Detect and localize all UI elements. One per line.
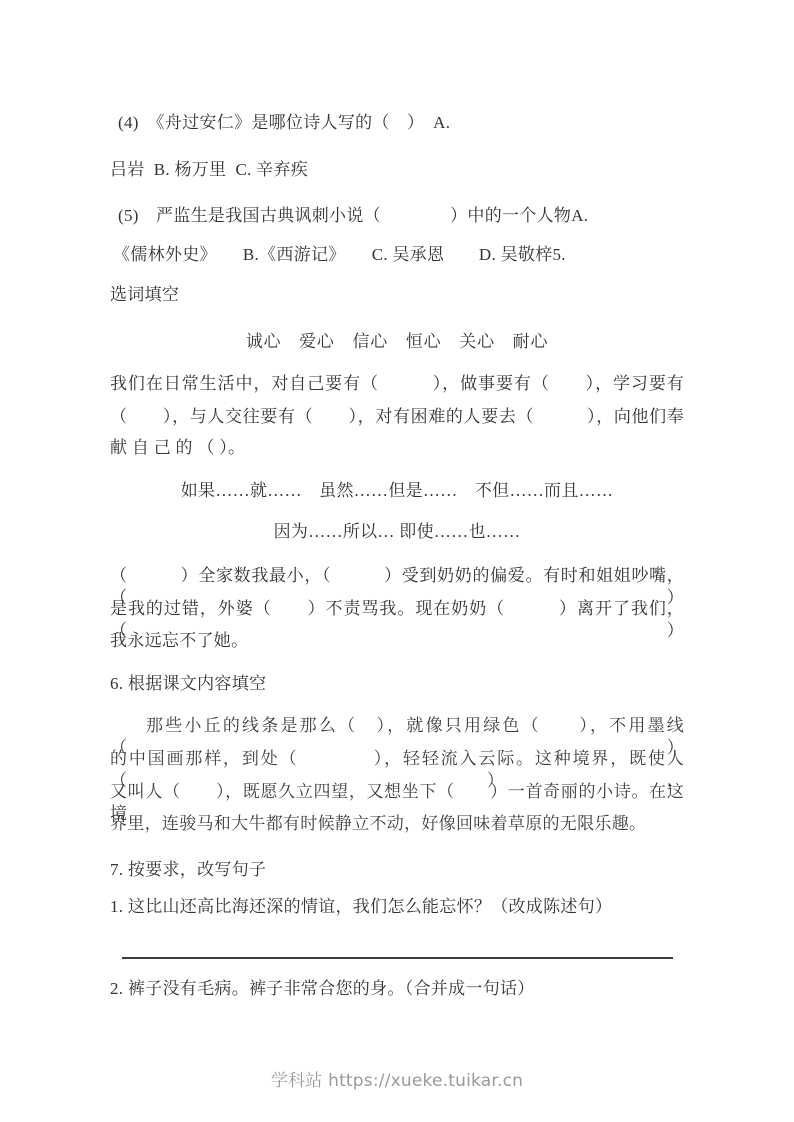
q4-question: (4) 《舟过安仁》是哪位诗人写的（ ） A. (118, 112, 450, 134)
conjunction-bank-line-1: 如果……就…… 虽然……但是…… 不但……而且…… (0, 480, 794, 502)
q4-options: 吕岩 B. 杨万里 C. 辛弃疾 (110, 159, 308, 181)
q5-options: 《儒林外史》 B.《西游记》 C. 吴承恩 D. 吴敬梓5. (113, 244, 566, 266)
word-fill-title: 选词填空 (110, 284, 179, 306)
q6-title: 6. 根据课文内容填空 (110, 673, 266, 695)
word-bank: 诚心 爱心 信心 恒心 关心 耐心 (0, 331, 794, 353)
q5-question: (5) 严监生是我国古典讽刺小说（ ）中的一个人物A. (118, 205, 588, 227)
q7-item-1: 1. 这比山还高比海还深的情谊，我们怎么能忘怀？（改成陈述句） (110, 896, 612, 918)
word-fill-para-line-3: 献 自 己 的 （ ）。 (110, 437, 245, 459)
q7-title: 7. 按要求，改写句子 (110, 859, 266, 881)
word-fill-para-line-2: （ ），与人交往要有（ ），对有困难的人要去（ ），向他们奉 (110, 406, 684, 428)
word-fill-para-line-1: 我们在日常生活中，对自己要有（ ），做事要有（ ），学习要有 (110, 373, 684, 395)
q7-item-2: 2. 裤子没有毛病。裤子非常合您的身。（合并成一句话） (110, 978, 535, 1000)
answer-writing-line (122, 957, 673, 959)
footer-site-link[interactable]: 学科站 https://xueke.tuikar.cn (0, 1066, 794, 1091)
conjunction-para-line-3: 我永远忘不了她。 (110, 630, 248, 652)
conjunction-bank-line-2: 因为……所以… 即使……也…… (0, 521, 794, 543)
q6-para-line-4: 界里，连骏马和大牛都有时候静立不动，好像回味着草原的无限乐趣。 (110, 813, 646, 835)
worksheet-page: (4) 《舟过安仁》是哪位诗人写的（ ） A. 吕岩 B. 杨万里 C. 辛弃疾… (0, 0, 794, 1122)
